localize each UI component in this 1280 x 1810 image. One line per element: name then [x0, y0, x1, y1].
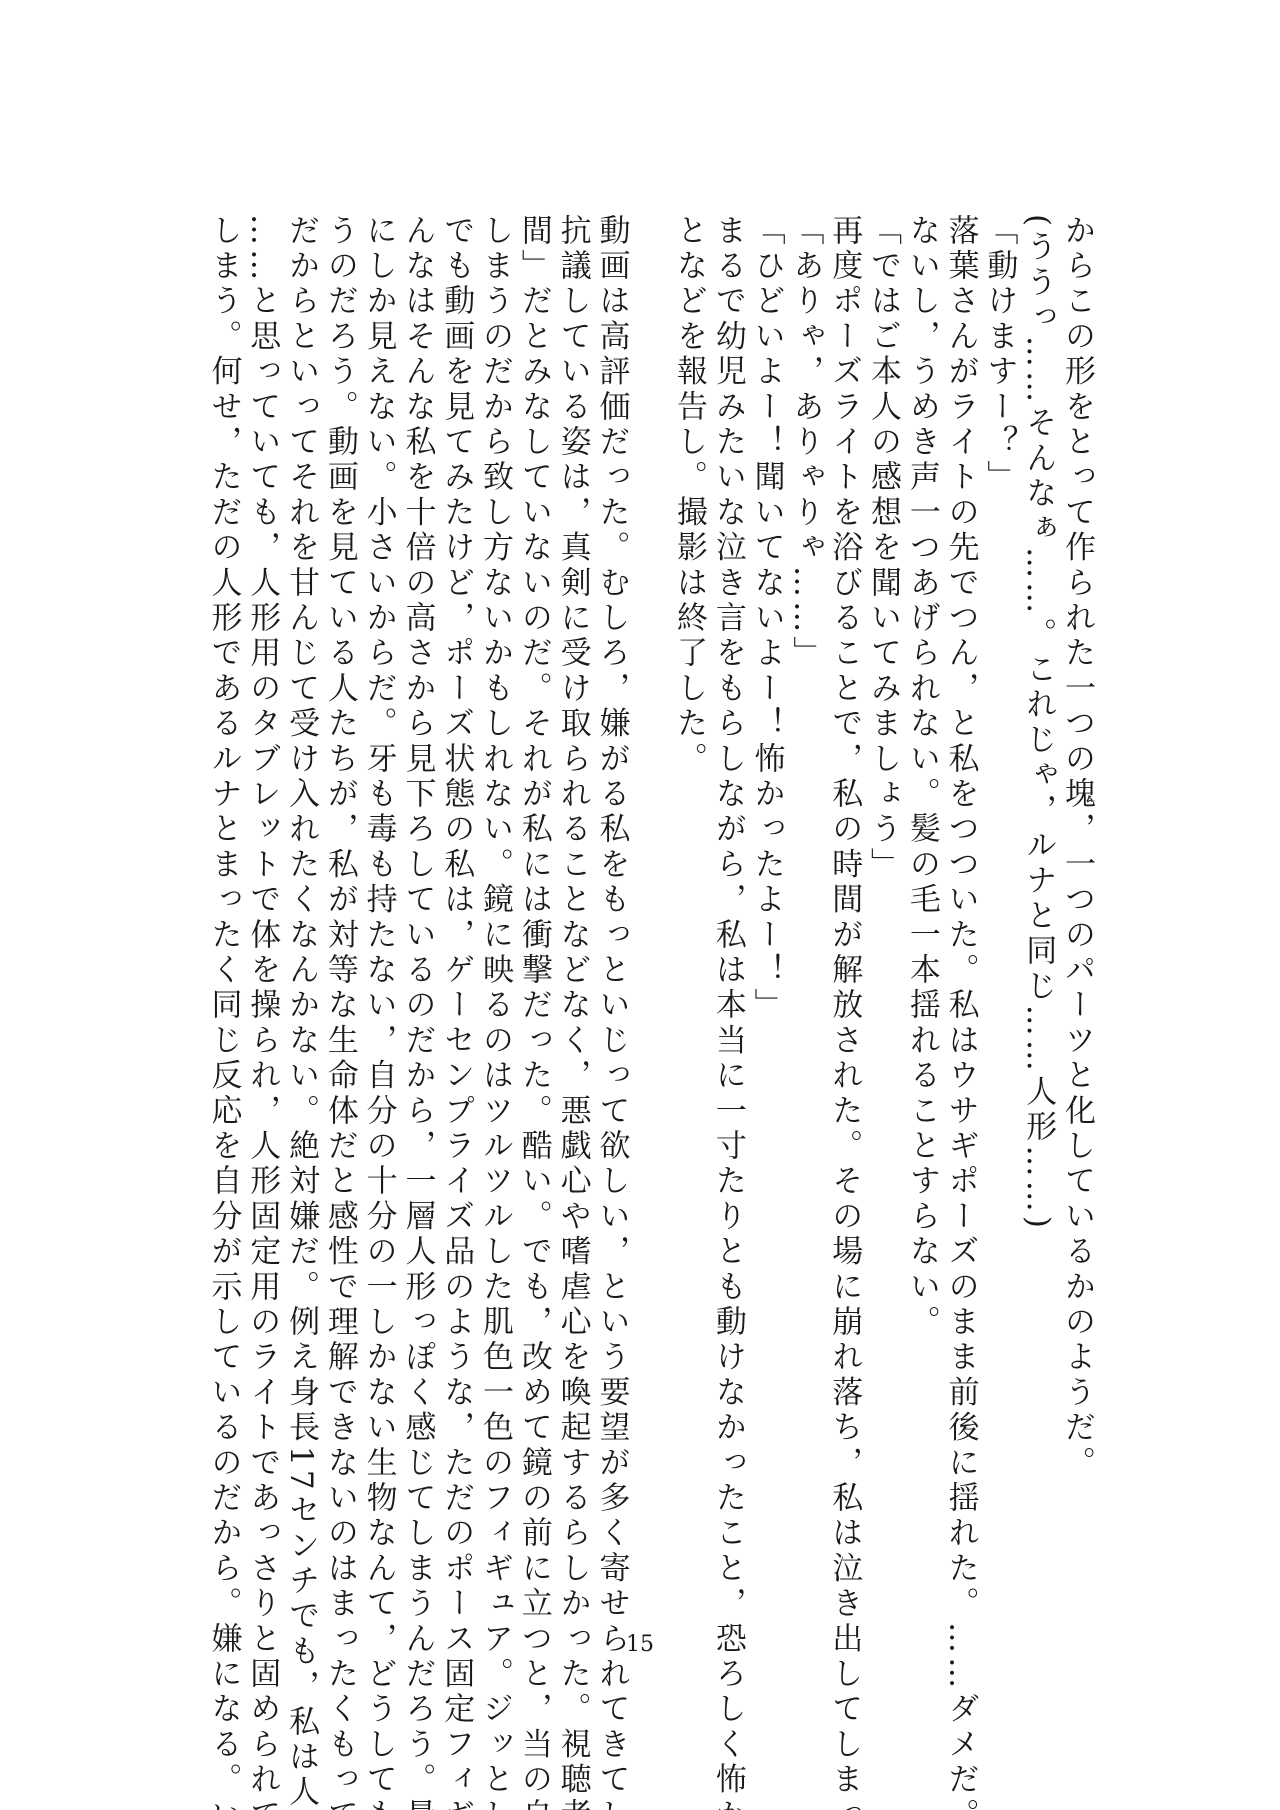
text-column: (ううっ……そんなぁ……。これじゃ，ルナと同じ……人形……) [1018, 214, 1057, 1634]
section-break [630, 214, 669, 1634]
text-column: 「ではご本人の感想を聞いてみましょう」 [863, 214, 902, 1634]
text-column: 「ありゃ，ありゃりゃ……」 [786, 214, 825, 1634]
text-column: 「ひどいよー！聞いてないよー！怖かったよー！」 [747, 214, 786, 1634]
document-page: からこの形をとって作られた一つの塊，一つのパーツと化しているかのようだ。 (うう… [0, 0, 1280, 1810]
text-column: 動画は高評価だった。むしろ，嫌がる私をもっといじって欲しい，という要望が多く寄せ… [592, 214, 631, 1634]
text-column: からこの形をとって作られた一つの塊，一つのパーツと化しているかのようだ。 [1057, 214, 1096, 1634]
text-column: 「動けますー？」 [980, 214, 1019, 1634]
text-column: しまう。何せ，ただの人形であるルナとまったく同じ反応を自分が示しているのだから。… [204, 214, 243, 1634]
vertical-text-body: からこの形をとって作られた一つの塊，一つのパーツと化しているかのようだ。 (うう… [204, 214, 1096, 1634]
text-column: でも動画を見てみたけど，ポーズ状態の私は，ゲーセンプライズ品のような，ただのポー… [436, 214, 475, 1634]
text-column: まるで幼児みたいな泣き言をもらしながら，私は本当に一寸たりとも動けなかったこと，… [708, 214, 747, 1634]
text-column: にしか見えない。小さいからだ。牙も毒も持たない，自分の十分の一しかない生物なんて… [359, 214, 398, 1634]
text-column: 再度ポーズライトを浴びることで，私の時間が解放された。その場に崩れ落ち，私は泣き… [824, 214, 863, 1634]
text-column: となどを報告し。撮影は終了した。 [669, 214, 708, 1634]
text-column: うのだろう。動画を見ている人たちが，私が対等な生命体だと感性で理解できないのはま… [320, 214, 359, 1634]
text-column: ないし，うめき声一つあげられない。髪の毛一本揺れることすらない。 [902, 214, 941, 1634]
text-column: ……と思っていても，人形用のタブレットで体を操られ，人形固定用のライトであっさり… [242, 214, 281, 1634]
text-column: だからといってそれを甘んじて受け入れたくなんかない。絶対嫌だ。例え身長17センチ… [281, 214, 320, 1634]
text-column: 間」だとみなしていないのだ。それが私には衝撃だった。酷い。でも，改めて鏡の前に立… [514, 214, 553, 1634]
text-column: しまうのだから致し方ないかもしれない。鏡に映るのはツルツルした肌色一色のフィギュ… [475, 214, 514, 1634]
text-column: んなはそんな私を十倍の高さから見下ろしているのだから，一層人形っぽく感じてしまう… [398, 214, 437, 1634]
page-number: 15 [0, 1632, 1280, 1657]
text-column: 抗議している姿は，真剣に受け取られることなどなく，悪戯心や嗜虐心を喚起するらしか… [553, 214, 592, 1634]
text-column: 落葉さんがライトの先でつん，と私をつついた。私はウサギポーズのまま前後に揺れた。… [941, 214, 980, 1634]
